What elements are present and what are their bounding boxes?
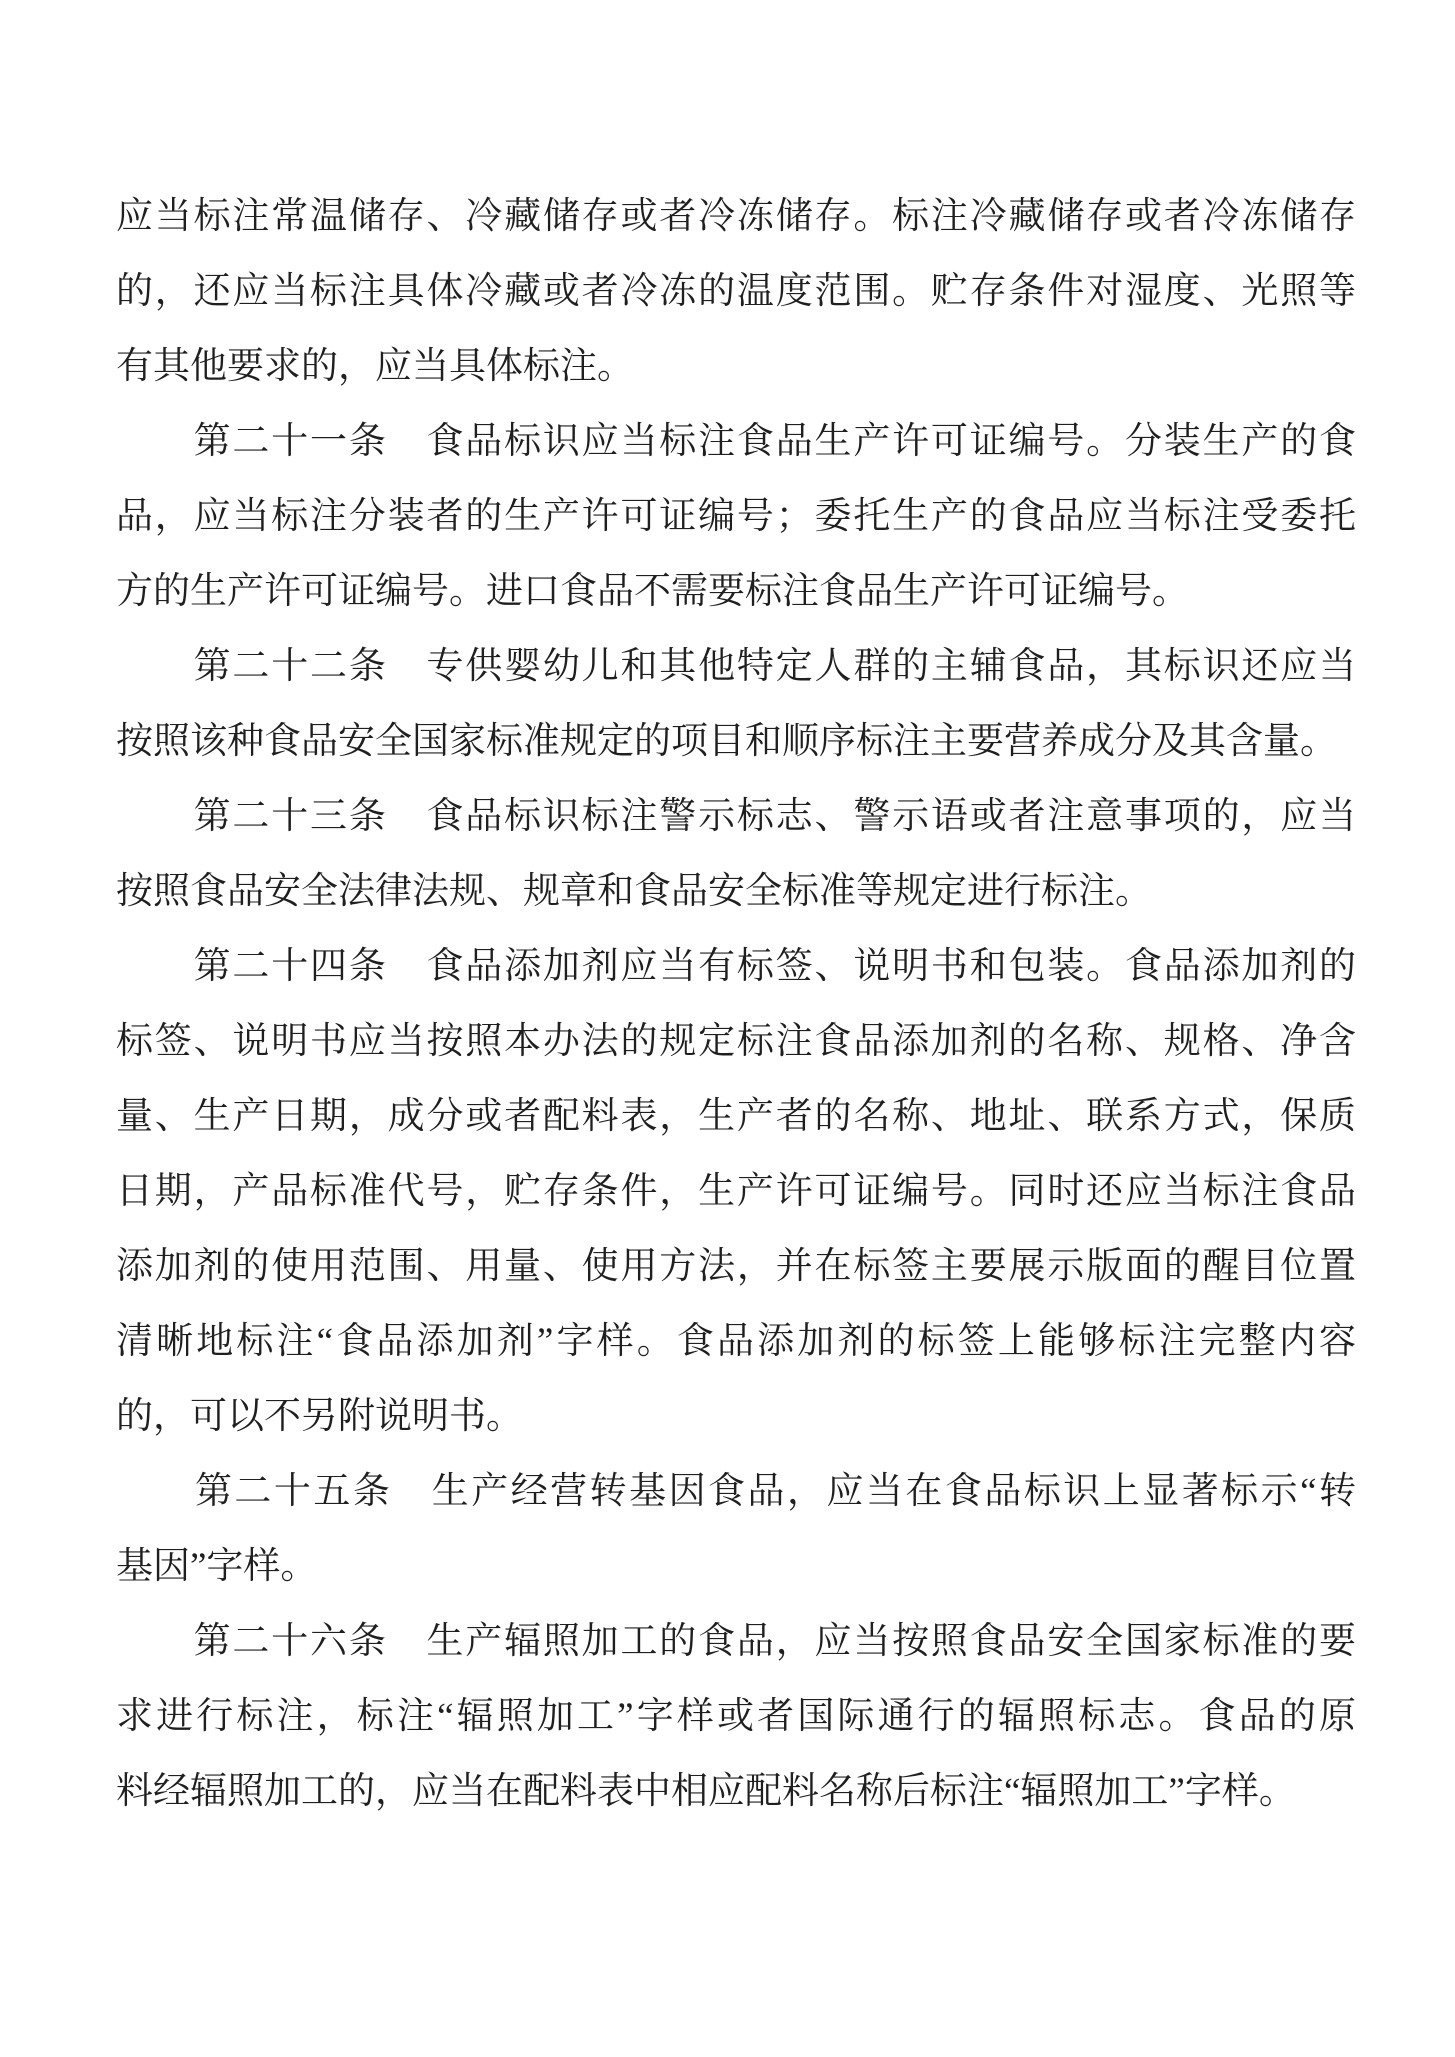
text-line: 的，还应当标注具体冷藏或者冷冻的温度范围。贮存条件对湿度、光照等 bbox=[116, 254, 1356, 329]
paragraph: 第二十四条 食品添加剂应当有标签、说明书和包装。食品添加剂的标签、说明书应当按照… bbox=[116, 929, 1356, 1454]
text-line: 标签、说明书应当按照本办法的规定标注食品添加剂的名称、规格、净含 bbox=[116, 1004, 1356, 1079]
text-line: 基因”字样。 bbox=[116, 1529, 1356, 1604]
text-line: 按照食品安全法律法规、规章和食品安全标准等规定进行标注。 bbox=[116, 854, 1356, 929]
text-line: 日期，产品标准代号，贮存条件，生产许可证编号。同时还应当标注食品 bbox=[116, 1154, 1356, 1229]
document-page: 应当标注常温储存、冷藏储存或者冷冻储存。标注冷藏储存或者冷冻储存的，还应当标注具… bbox=[0, 0, 1455, 2057]
text-line: 应当标注常温储存、冷藏储存或者冷冻储存。标注冷藏储存或者冷冻储存 bbox=[116, 179, 1356, 254]
text-line: 第二十一条 食品标识应当标注食品生产许可证编号。分装生产的食 bbox=[116, 404, 1356, 479]
text-line: 第二十四条 食品添加剂应当有标签、说明书和包装。食品添加剂的 bbox=[116, 929, 1356, 1004]
text-line: 第二十六条 生产辐照加工的食品，应当按照食品安全国家标准的要 bbox=[116, 1604, 1356, 1679]
text-line: 品，应当标注分装者的生产许可证编号；委托生产的食品应当标注受委托 bbox=[116, 479, 1356, 554]
text-line: 第二十三条 食品标识标注警示标志、警示语或者注意事项的，应当 bbox=[116, 779, 1356, 854]
paragraph: 第二十六条 生产辐照加工的食品，应当按照食品安全国家标准的要求进行标注，标注“辐… bbox=[116, 1604, 1356, 1829]
text-line: 清晰地标注“食品添加剂”字样。食品添加剂的标签上能够标注完整内容 bbox=[116, 1304, 1356, 1379]
text-line: 的，可以不另附说明书。 bbox=[116, 1379, 1356, 1454]
paragraph: 第二十一条 食品标识应当标注食品生产许可证编号。分装生产的食品，应当标注分装者的… bbox=[116, 404, 1356, 629]
text-line: 第二十五条 生产经营转基因食品，应当在食品标识上显著标示“转 bbox=[116, 1454, 1356, 1529]
text-line: 料经辐照加工的，应当在配料表中相应配料名称后标注“辐照加工”字样。 bbox=[116, 1754, 1356, 1829]
text-line: 第二十二条 专供婴幼儿和其他特定人群的主辅食品，其标识还应当 bbox=[116, 629, 1356, 704]
text-line: 求进行标注，标注“辐照加工”字样或者国际通行的辐照标志。食品的原 bbox=[116, 1679, 1356, 1754]
text-line: 有其他要求的，应当具体标注。 bbox=[116, 329, 1356, 404]
paragraph: 应当标注常温储存、冷藏储存或者冷冻储存。标注冷藏储存或者冷冻储存的，还应当标注具… bbox=[116, 179, 1356, 404]
paragraph: 第二十三条 食品标识标注警示标志、警示语或者注意事项的，应当按照食品安全法律法规… bbox=[116, 779, 1356, 929]
text-line: 添加剂的使用范围、用量、使用方法，并在标签主要展示版面的醒目位置 bbox=[116, 1229, 1356, 1304]
text-line: 方的生产许可证编号。进口食品不需要标注食品生产许可证编号。 bbox=[116, 554, 1356, 629]
paragraph: 第二十二条 专供婴幼儿和其他特定人群的主辅食品，其标识还应当按照该种食品安全国家… bbox=[116, 629, 1356, 779]
text-line: 按照该种食品安全国家标准规定的项目和顺序标注主要营养成分及其含量。 bbox=[116, 704, 1356, 779]
text-line: 量、生产日期，成分或者配料表，生产者的名称、地址、联系方式，保质 bbox=[116, 1079, 1356, 1154]
document-text: 应当标注常温储存、冷藏储存或者冷冻储存。标注冷藏储存或者冷冻储存的，还应当标注具… bbox=[116, 179, 1356, 1829]
paragraph: 第二十五条 生产经营转基因食品，应当在食品标识上显著标示“转基因”字样。 bbox=[116, 1454, 1356, 1604]
